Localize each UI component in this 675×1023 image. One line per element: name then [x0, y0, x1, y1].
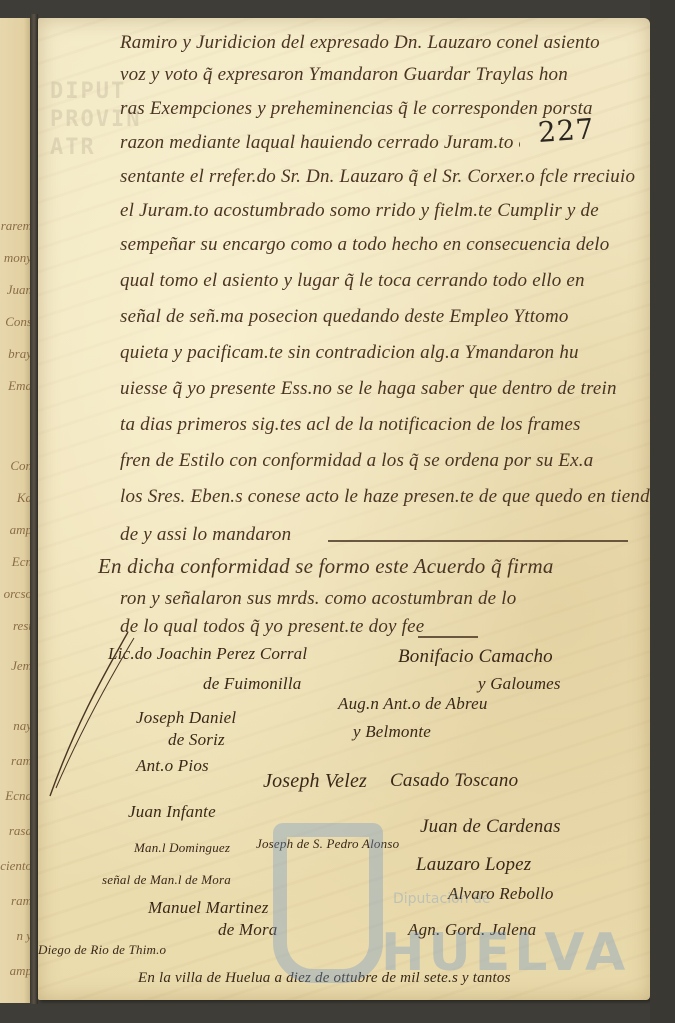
body-line: qual tomo el asiento y lugar q̃ le toca …	[120, 270, 585, 292]
signature: Bonifacio Camacho	[398, 646, 553, 668]
body-line: de lo qual todos q̃ yo present.te doy fe…	[120, 616, 424, 638]
bleed-through-stamp: DIPUT PROVIN ATR	[50, 78, 160, 168]
left-page-fragment: Con	[10, 458, 32, 474]
left-page-fragment: Juan	[7, 282, 32, 298]
book-gutter	[30, 14, 38, 1004]
left-page-fragment: ciento	[0, 858, 32, 874]
signature: Lauzaro Lopez	[416, 854, 531, 876]
body-line: voz y voto q̃ expresaron Ymandaron Guard…	[120, 64, 568, 86]
body-line: En dicha conformidad se formo este Acuer…	[98, 554, 554, 579]
manuscript-page: DIPUT PROVIN ATR 227 Ramiro y Juridicion…	[38, 18, 650, 1000]
body-line: ron y señalaron sus mrds. como acostumbr…	[120, 588, 516, 610]
body-line: señal de señ.ma posecion quedando deste …	[120, 306, 569, 328]
body-line: ta dias primeros sig.tes acl de la notif…	[120, 414, 581, 436]
signature: Joseph Daniel	[136, 708, 236, 728]
signature: y Belmonte	[353, 722, 431, 742]
signature: Casado Toscano	[390, 770, 518, 792]
body-line: sempeñar su encargo como a todo hecho en…	[120, 234, 609, 256]
body-line: quieta y pacificam.te sin contradicion a…	[120, 342, 579, 364]
scanner-background	[650, 0, 675, 1023]
signature: Joseph de S. Pedro Alonso	[256, 836, 399, 852]
body-line: fren de Estilo con conformidad a los q̃ …	[120, 450, 593, 472]
body-line: los Sres. Eben.s conese acto le haze pre…	[120, 486, 650, 508]
signature: Joseph Velez	[263, 770, 367, 793]
left-page-fragment: rarem	[1, 218, 32, 234]
body-line: Ramiro y Juridicion del expresado Dn. La…	[120, 32, 600, 54]
signature: de Mora	[218, 920, 277, 940]
body-line: ras Exempciones y preheminencias q̃ le c…	[120, 98, 593, 120]
closing-line: En la villa de Huelua a diez de ottubre …	[138, 970, 511, 987]
left-page-fragment: rasa	[9, 823, 32, 839]
signature: señal de Man.l de Mora	[102, 872, 231, 888]
left-page-fragment: amp	[10, 963, 32, 979]
signature: Aug.n Ant.o de Abreu	[338, 694, 488, 714]
signature: Diego de Rio de Thim.o	[38, 942, 166, 958]
left-page-fragment: ram	[11, 893, 32, 909]
line-filler-rule	[418, 636, 478, 638]
left-page-fragment: orcso	[4, 586, 32, 602]
body-line: de y assi lo mandaron	[120, 524, 291, 546]
signature: Juan Infante	[128, 802, 216, 822]
signature: de Soriz	[168, 730, 225, 750]
signature: y Galoumes	[478, 674, 561, 694]
left-page-fragment: amp	[10, 522, 32, 538]
left-page-fragment: Ecnd	[5, 788, 32, 804]
body-line: uiesse q̃ yo presente Ess.no se le haga …	[120, 378, 617, 400]
signature: de Fuimonilla	[203, 674, 301, 694]
adjacent-left-page: rarem mony Juan Cons bray Ema Con Ka amp…	[0, 18, 34, 1003]
line-filler-rule	[328, 540, 628, 542]
signature: Man.l Dominguez	[134, 840, 230, 856]
signature: Agn. Gord. Jalena	[408, 920, 536, 940]
body-line: razon mediante laqual hauiendo cerrado J…	[120, 132, 520, 154]
left-page-fragment: bray	[8, 346, 32, 362]
left-page-fragment: Cons	[5, 314, 32, 330]
signature: Alvaro Rebollo	[448, 884, 554, 904]
left-page-fragment: Ema	[8, 378, 32, 394]
quill-stroke-icon	[48, 628, 138, 798]
body-line: sentante el rrefer.do Sr. Dn. Lauzaro q̃…	[120, 166, 635, 188]
left-page-fragment: ram	[11, 753, 32, 769]
signature: Juan de Cardenas	[420, 816, 561, 838]
body-line: el Juram.to acostumbrado somo rrido y fi…	[120, 200, 599, 222]
left-page-fragment: mony	[4, 250, 32, 266]
left-page-fragment: Jem	[11, 658, 32, 674]
signature: Manuel Martinez	[148, 898, 269, 918]
left-page-fragment: Ecn	[12, 554, 32, 570]
signature: Ant.o Pios	[136, 756, 209, 776]
